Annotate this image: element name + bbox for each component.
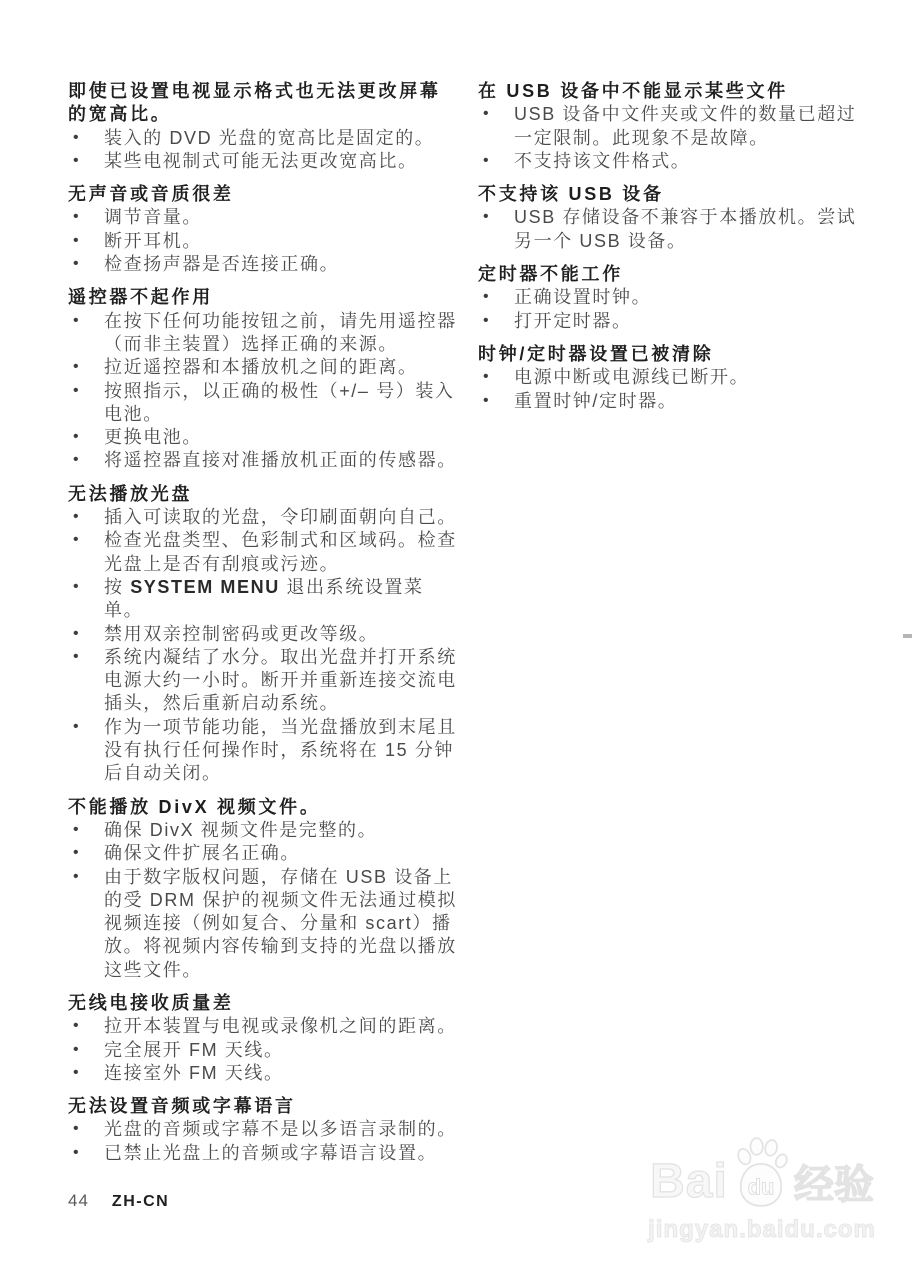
bullet-list: 拉开本装置与电视或录像机之间的距离。完全展开 FM 天线。连接室外 FM 天线。 bbox=[68, 1015, 460, 1085]
section-heading: 不能播放 DivX 视频文件。 bbox=[68, 796, 460, 819]
bullet-item: 更换电池。 bbox=[68, 426, 460, 449]
bullet-item: 某些电视制式可能无法更改宽高比。 bbox=[68, 150, 460, 173]
page-footer: 44 ZH-CN bbox=[68, 1191, 169, 1211]
bullet-item: 拉开本装置与电视或录像机之间的距离。 bbox=[68, 1015, 460, 1038]
watermark-suffix-text: 经验 bbox=[794, 1153, 874, 1210]
paw-icon: du bbox=[732, 1137, 790, 1211]
bullet-item: 作为一项节能功能，当光盘播放到末尾且没有执行任何操作时，系统将在 15 分钟后自… bbox=[68, 716, 460, 786]
bullet-item: 重置时钟/定时器。 bbox=[478, 390, 870, 413]
section-heading: 不支持该 USB 设备 bbox=[478, 183, 870, 206]
section-heading: 无法播放光盘 bbox=[68, 483, 460, 506]
watermark-url: jingyan.baidu.com bbox=[636, 1216, 888, 1244]
section-heading: 无线电接收质量差 bbox=[68, 992, 460, 1015]
manual-page: 即使已设置电视显示格式也无法更改屏幕的宽高比。装入的 DVD 光盘的宽高比是固定… bbox=[0, 0, 914, 1279]
troubleshooting-section: 无法设置音频或字幕语言光盘的音频或字幕不是以多语言录制的。已禁止光盘上的音频或字… bbox=[68, 1095, 460, 1165]
baidu-watermark: Bai du 经验 jingyan.baidu.com bbox=[636, 1136, 888, 1244]
troubleshooting-section: 时钟/定时器设置已被清除电源中断或电源线已断开。重置时钟/定时器。 bbox=[478, 343, 870, 413]
bullet-list: 在按下任何功能按钮之前，请先用遥控器（而非主装置）选择正确的来源。拉近遥控器和本… bbox=[68, 310, 460, 473]
bullet-item: 连接室外 FM 天线。 bbox=[68, 1062, 460, 1085]
troubleshooting-section: 不支持该 USB 设备USB 存储设备不兼容于本播放机。尝试另一个 USB 设备… bbox=[478, 183, 870, 253]
watermark-brand-text: Bai bbox=[650, 1154, 728, 1209]
bullet-item: 检查光盘类型、色彩制式和区域码。检查光盘上是否有刮痕或污迹。 bbox=[68, 529, 460, 576]
bullet-item: 调节音量。 bbox=[68, 206, 460, 229]
troubleshooting-section: 不能播放 DivX 视频文件。确保 DivX 视频文件是完整的。确保文件扩展名正… bbox=[68, 796, 460, 982]
section-heading: 时钟/定时器设置已被清除 bbox=[478, 343, 870, 366]
locale-label: ZH-CN bbox=[112, 1193, 169, 1211]
section-heading: 在 USB 设备中不能显示某些文件 bbox=[478, 80, 870, 103]
bullet-item: 已禁止光盘上的音频或字幕语言设置。 bbox=[68, 1142, 460, 1165]
bullet-list: 正确设置时钟。打开定时器。 bbox=[478, 286, 870, 333]
bullet-item: 光盘的音频或字幕不是以多语言录制的。 bbox=[68, 1118, 460, 1141]
section-heading: 定时器不能工作 bbox=[478, 263, 870, 286]
right-column: 在 USB 设备中不能显示某些文件USB 设备中文件夹或文件的数量已超过一定限制… bbox=[478, 80, 870, 423]
watermark-logo-row: Bai du 经验 bbox=[636, 1136, 888, 1212]
bullet-list: USB 存储设备不兼容于本播放机。尝试另一个 USB 设备。 bbox=[478, 206, 870, 253]
troubleshooting-section: 定时器不能工作正确设置时钟。打开定时器。 bbox=[478, 263, 870, 333]
bullet-item: 打开定时器。 bbox=[478, 310, 870, 333]
bullet-item: 电源中断或电源线已断开。 bbox=[478, 366, 870, 389]
bullet-list: 调节音量。断开耳机。检查扬声器是否连接正确。 bbox=[68, 206, 460, 276]
troubleshooting-section: 无线电接收质量差拉开本装置与电视或录像机之间的距离。完全展开 FM 天线。连接室… bbox=[68, 992, 460, 1085]
troubleshooting-section: 即使已设置电视显示格式也无法更改屏幕的宽高比。装入的 DVD 光盘的宽高比是固定… bbox=[68, 80, 460, 173]
troubleshooting-section: 无法播放光盘插入可读取的光盘，令印刷面朝向自己。检查光盘类型、色彩制式和区域码。… bbox=[68, 483, 460, 786]
left-column: 即使已设置电视显示格式也无法更改屏幕的宽高比。装入的 DVD 光盘的宽高比是固定… bbox=[68, 80, 460, 1175]
bullet-item: 在按下任何功能按钮之前，请先用遥控器（而非主装置）选择正确的来源。 bbox=[68, 310, 460, 357]
bullet-item: 检查扬声器是否连接正确。 bbox=[68, 253, 460, 276]
bullet-item: 完全展开 FM 天线。 bbox=[68, 1039, 460, 1062]
section-heading: 即使已设置电视显示格式也无法更改屏幕的宽高比。 bbox=[68, 80, 460, 127]
page-edge-mark bbox=[903, 634, 912, 638]
bullet-item: 禁用双亲控制密码或更改等级。 bbox=[68, 623, 460, 646]
bullet-item: 拉近遥控器和本播放机之间的距离。 bbox=[68, 356, 460, 379]
section-heading: 无法设置音频或字幕语言 bbox=[68, 1095, 460, 1118]
bullet-item: 断开耳机。 bbox=[68, 230, 460, 253]
section-heading: 无声音或音质很差 bbox=[68, 183, 460, 206]
bullet-list: 插入可读取的光盘，令印刷面朝向自己。检查光盘类型、色彩制式和区域码。检查光盘上是… bbox=[68, 506, 460, 786]
bullet-item: 将遥控器直接对准播放机正面的传感器。 bbox=[68, 449, 460, 472]
bullet-item: 确保 DivX 视频文件是完整的。 bbox=[68, 819, 460, 842]
bullet-item: 不支持该文件格式。 bbox=[478, 150, 870, 173]
bullet-item: 按照指示，以正确的极性（+/– 号）装入电池。 bbox=[68, 380, 460, 427]
bullet-list: 电源中断或电源线已断开。重置时钟/定时器。 bbox=[478, 366, 870, 413]
bullet-item: 系统内凝结了水分。取出光盘并打开系统电源大约一小时。断开并重新连接交流电插头，然… bbox=[68, 646, 460, 716]
troubleshooting-section: 无声音或音质很差调节音量。断开耳机。检查扬声器是否连接正确。 bbox=[68, 183, 460, 276]
bullet-list: 装入的 DVD 光盘的宽高比是固定的。某些电视制式可能无法更改宽高比。 bbox=[68, 127, 460, 174]
paw-du-text: du bbox=[748, 1174, 775, 1199]
bullet-list: USB 设备中文件夹或文件的数量已超过一定限制。此现象不是故障。不支持该文件格式… bbox=[478, 103, 870, 173]
bullet-item: USB 存储设备不兼容于本播放机。尝试另一个 USB 设备。 bbox=[478, 206, 870, 253]
bullet-item: 正确设置时钟。 bbox=[478, 286, 870, 309]
troubleshooting-section: 遥控器不起作用在按下任何功能按钮之前，请先用遥控器（而非主装置）选择正确的来源。… bbox=[68, 286, 460, 472]
section-heading: 遥控器不起作用 bbox=[68, 286, 460, 309]
bullet-item: USB 设备中文件夹或文件的数量已超过一定限制。此现象不是故障。 bbox=[478, 103, 870, 150]
bullet-item: 确保文件扩展名正确。 bbox=[68, 842, 460, 865]
bullet-list: 确保 DivX 视频文件是完整的。确保文件扩展名正确。由于数字版权问题，存储在 … bbox=[68, 819, 460, 982]
bullet-item: 装入的 DVD 光盘的宽高比是固定的。 bbox=[68, 127, 460, 150]
bullet-item: 由于数字版权问题，存储在 USB 设备上的受 DRM 保护的视频文件无法通过模拟… bbox=[68, 866, 460, 982]
bullet-item: 按 SYSTEM MENU 退出系统设置菜单。 bbox=[68, 576, 460, 623]
bullet-item: 插入可读取的光盘，令印刷面朝向自己。 bbox=[68, 506, 460, 529]
bullet-list: 光盘的音频或字幕不是以多语言录制的。已禁止光盘上的音频或字幕语言设置。 bbox=[68, 1118, 460, 1165]
page-number: 44 bbox=[68, 1191, 89, 1211]
troubleshooting-section: 在 USB 设备中不能显示某些文件USB 设备中文件夹或文件的数量已超过一定限制… bbox=[478, 80, 870, 173]
